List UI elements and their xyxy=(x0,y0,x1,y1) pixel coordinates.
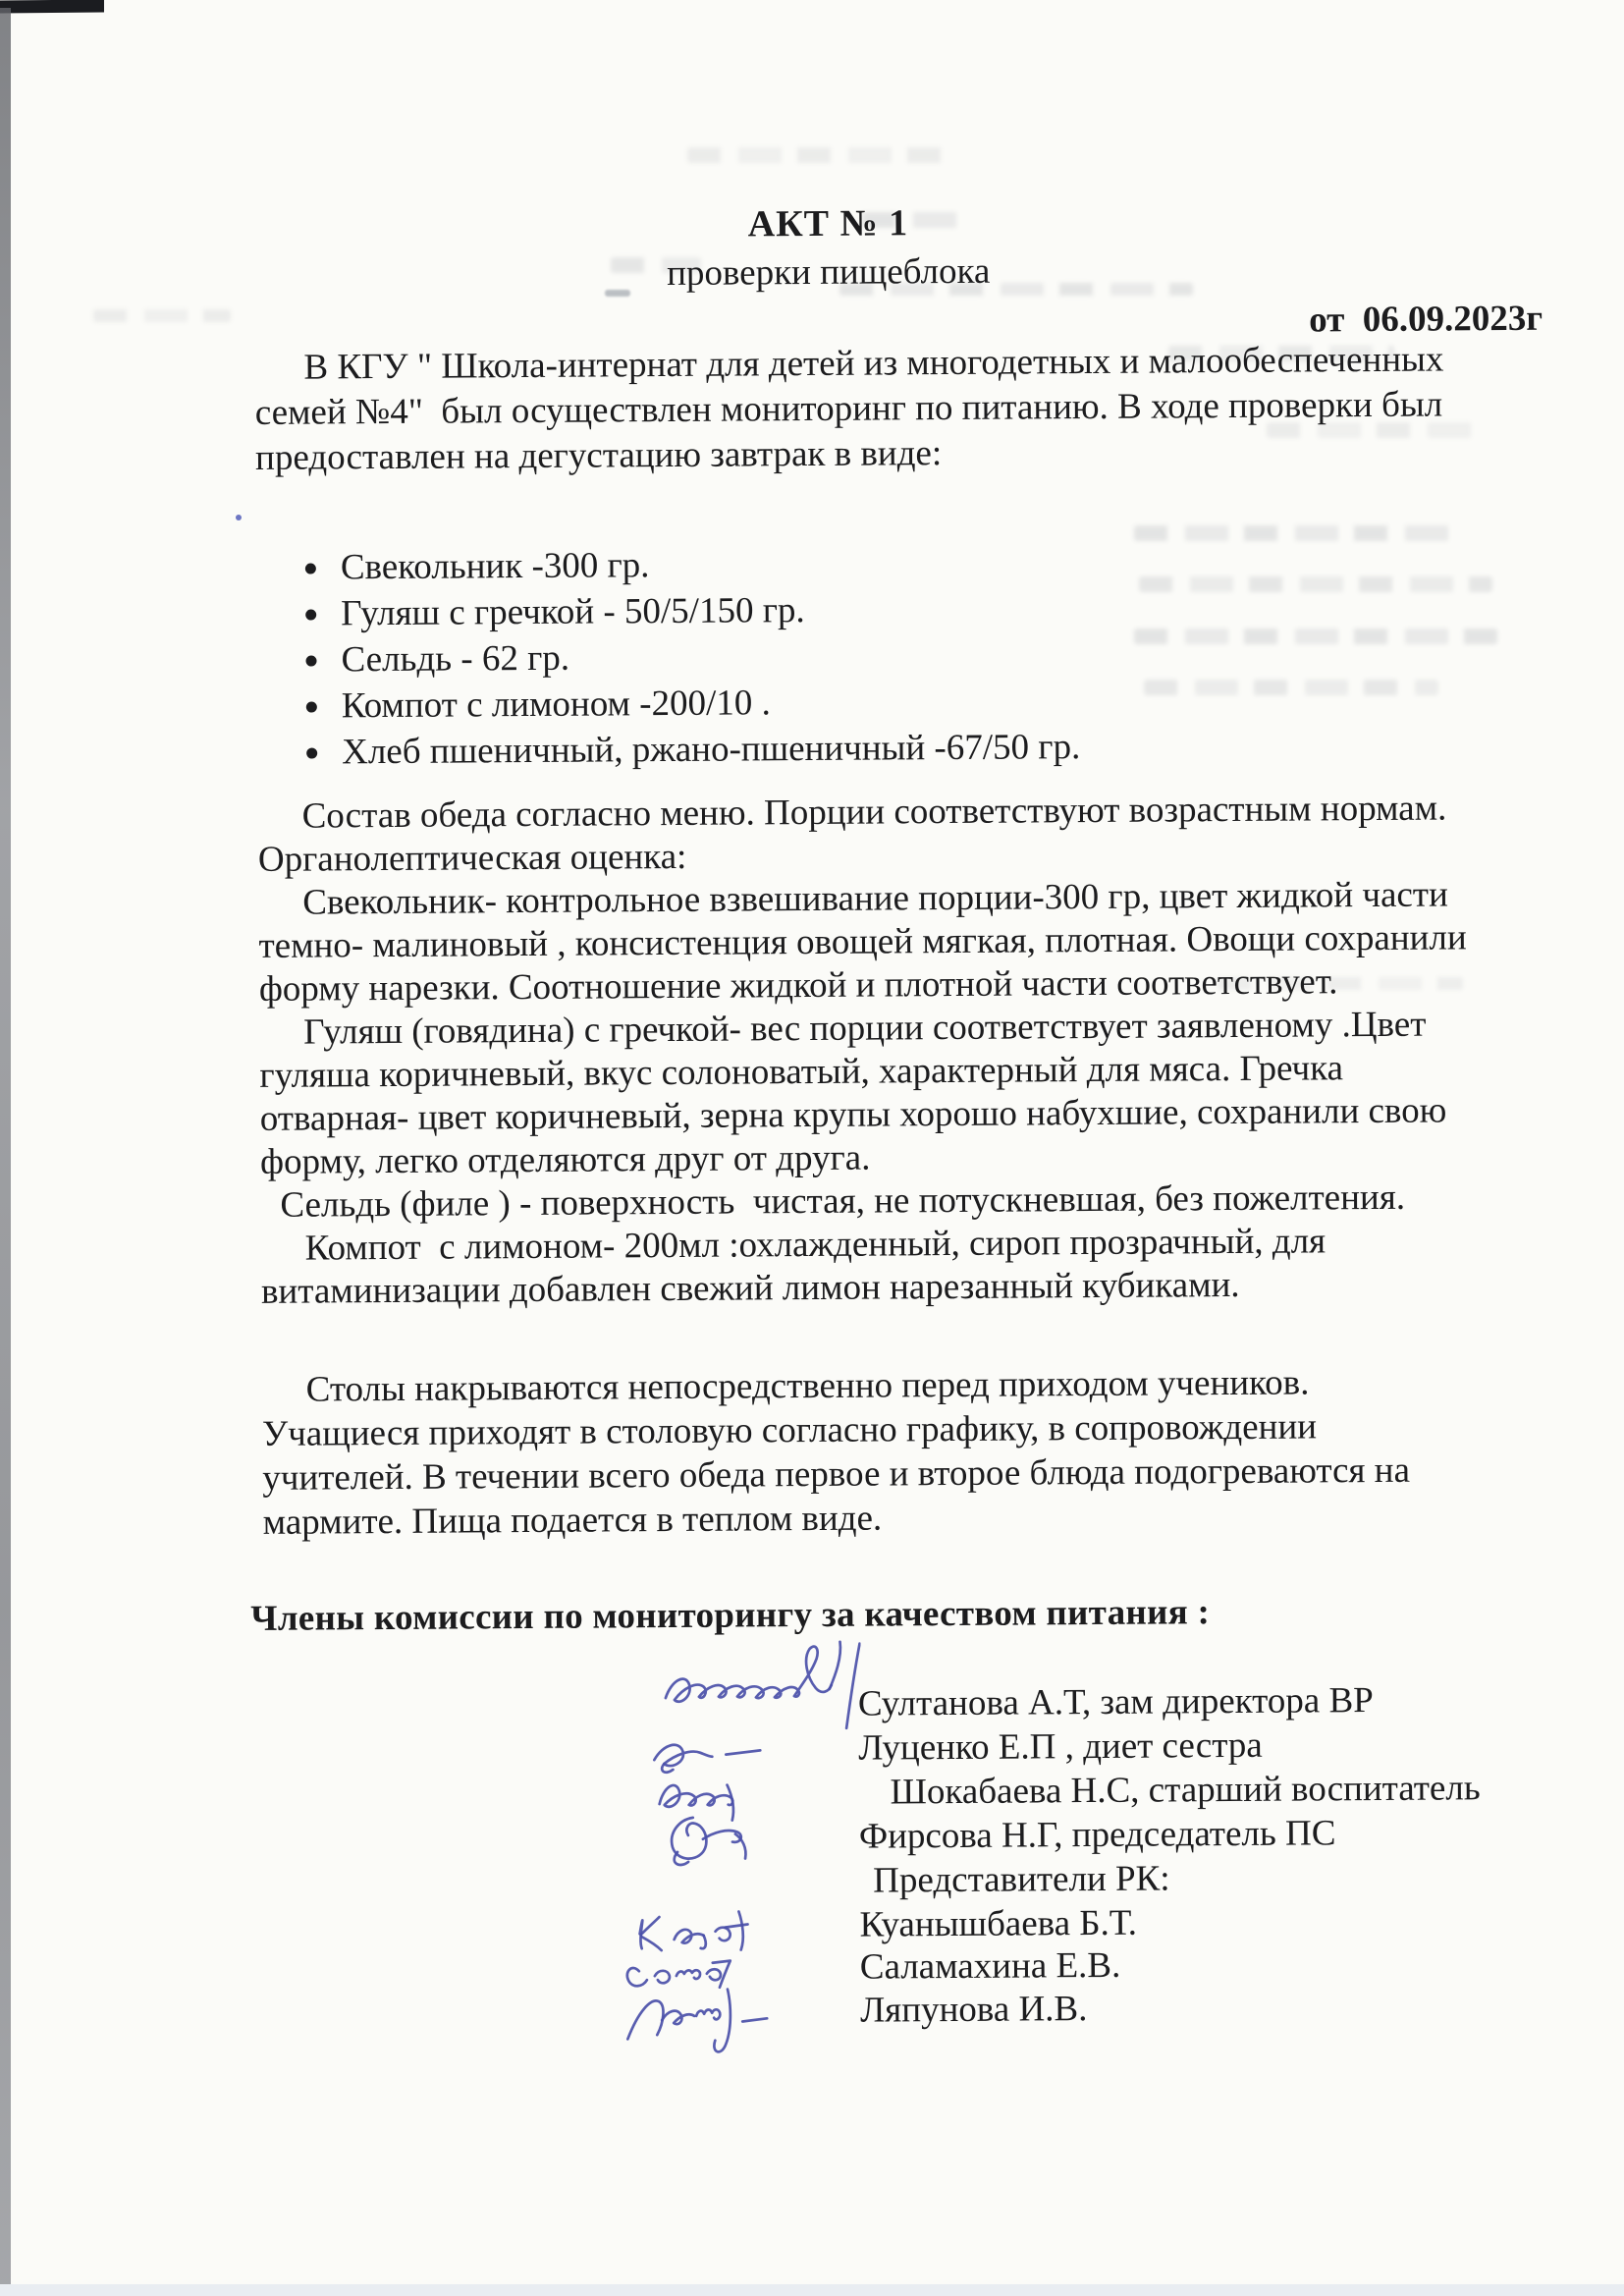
text-line: отварная- цвет коричневый, зерна крупы х… xyxy=(260,1089,1546,1141)
list-item: Гуляш с гречкой - 50/5/150 гр. xyxy=(305,585,1079,637)
document-content: АКТ № 1 проверки пищеблока от 06.09.2023… xyxy=(0,0,1624,2296)
signatory-name: Фирсова Н.Г, председатель ПС xyxy=(859,1814,1336,1856)
text-line: Сельдь (филе ) - поверхность чистая, не … xyxy=(260,1175,1546,1228)
text-line: учителей. В течении всего обеда первое и… xyxy=(262,1448,1548,1501)
list-item: Свекольник -300 гр. xyxy=(305,539,1079,591)
list-item: Хлеб пшеничный, ржано-пшеничный -67/50 г… xyxy=(306,724,1080,776)
signature-sultanova xyxy=(659,1636,861,1733)
text-line: мармите. Пища подается в теплом виде. xyxy=(262,1492,1548,1545)
signatory-name: Представители РК: xyxy=(873,1859,1170,1900)
intro-paragraph: В КГУ " Школа-интернат для детей из мног… xyxy=(254,337,1542,481)
list-item-text: Хлеб пшеничный, ржано-пшеничный -67/50 г… xyxy=(342,727,1080,772)
page-title: АКТ № 1 xyxy=(253,196,1402,251)
text-line: темно- малиновый , консистенция овощей м… xyxy=(258,916,1544,968)
text-line: семей №4" был осуществлен мониторинг по … xyxy=(255,382,1542,436)
signature-firsova xyxy=(646,1810,759,1872)
list-item: Сельдь - 62 гр. xyxy=(305,631,1079,683)
signatory-name: Султанова А.Т, зам директора ВР xyxy=(858,1681,1374,1724)
document-date: от 06.09.2023г xyxy=(1309,298,1543,342)
scanned-document-page: АКТ № 1 проверки пищеблока от 06.09.2023… xyxy=(0,0,1624,2296)
bullet-icon xyxy=(306,748,317,759)
signatory-name: Саламахина Е.В. xyxy=(860,1946,1121,1988)
text-line: витаминизации добавлен свежий лимон наре… xyxy=(261,1262,1547,1314)
closing-paragraph: Столы накрываются непосредственно перед … xyxy=(262,1359,1549,1545)
breakfast-menu-list: Свекольник -300 гр. Гуляш с гречкой - 50… xyxy=(305,539,1081,775)
signatory-name: Луценко Е.П , диет сестра xyxy=(858,1726,1263,1769)
assessment-paragraphs: Состав обеда согласно меню. Порции соотв… xyxy=(257,787,1547,1314)
list-item: Компот с лимоном -200/10 . xyxy=(306,678,1080,730)
commission-heading: Члены комиссии по мониторингу за качеств… xyxy=(250,1591,1210,1640)
bullet-icon xyxy=(305,610,316,621)
text-line: Гуляш (говядина) с гречкой- вес порции с… xyxy=(259,1003,1545,1055)
list-item-text: Сельдь - 62 гр. xyxy=(341,638,569,681)
list-item-text: Свекольник -300 гр. xyxy=(341,545,650,587)
bullet-icon xyxy=(305,564,316,574)
signatory-name: Ляпунова И.В. xyxy=(860,1990,1088,2031)
page-subtitle: проверки пищеблока xyxy=(254,246,1403,301)
signatory-name: Куанышбаева Б.Т. xyxy=(859,1904,1137,1945)
bullet-icon xyxy=(306,702,317,713)
list-item-text: Компот с лимоном -200/10 . xyxy=(342,683,771,726)
signature-kuanyshbaeva xyxy=(626,1901,759,1953)
signatory-name: Шокабаева Н.С, старший воспитатель xyxy=(890,1769,1480,1812)
signature-lyapunova xyxy=(617,1982,777,2059)
bullet-icon xyxy=(305,656,316,667)
text-line: Состав обеда согласно меню. Порции соотв… xyxy=(257,787,1543,839)
text-line: предоставлен на дегустацию завтрак в вид… xyxy=(255,427,1542,481)
title-block: АКТ № 1 проверки пищеблока xyxy=(253,196,1403,301)
list-item-text: Гуляш с гречкой - 50/5/150 гр. xyxy=(341,590,805,633)
